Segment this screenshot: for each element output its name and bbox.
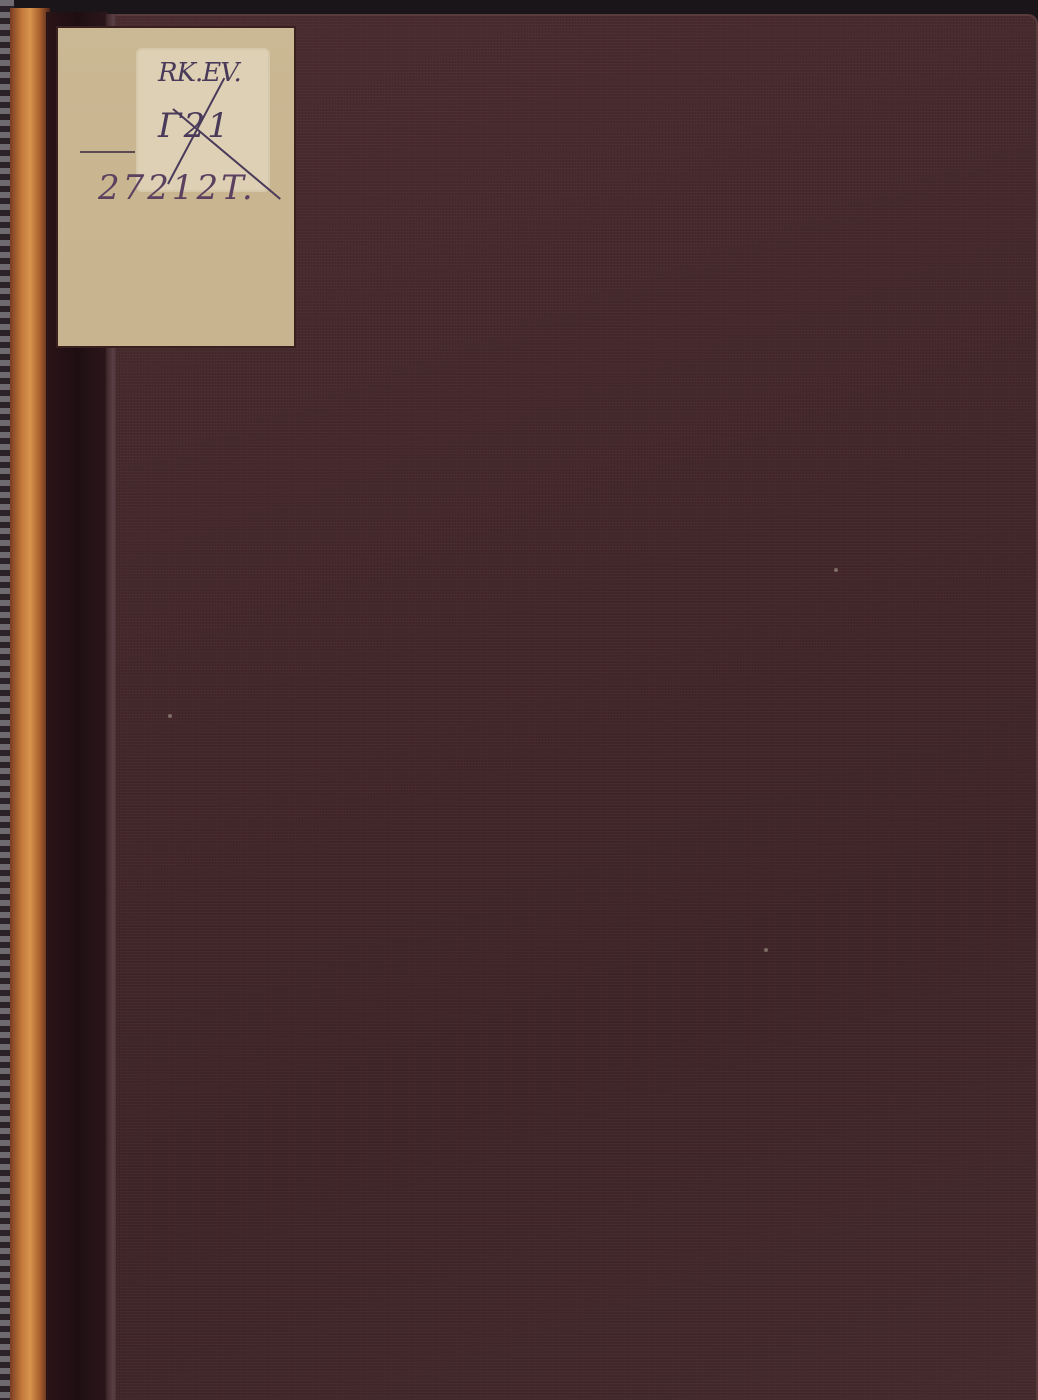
- library-label: RK.EV. Γ21 27212T.: [58, 28, 294, 346]
- cover-speck: [168, 714, 172, 718]
- cover-speck: [834, 568, 838, 572]
- shelf-mark-1: RK.EV.: [158, 58, 241, 88]
- handwritten-dash: [80, 151, 135, 153]
- cover-speck: [764, 948, 768, 952]
- shelf-mark-3: 27212T.: [98, 168, 256, 208]
- leather-spine: [10, 8, 50, 1400]
